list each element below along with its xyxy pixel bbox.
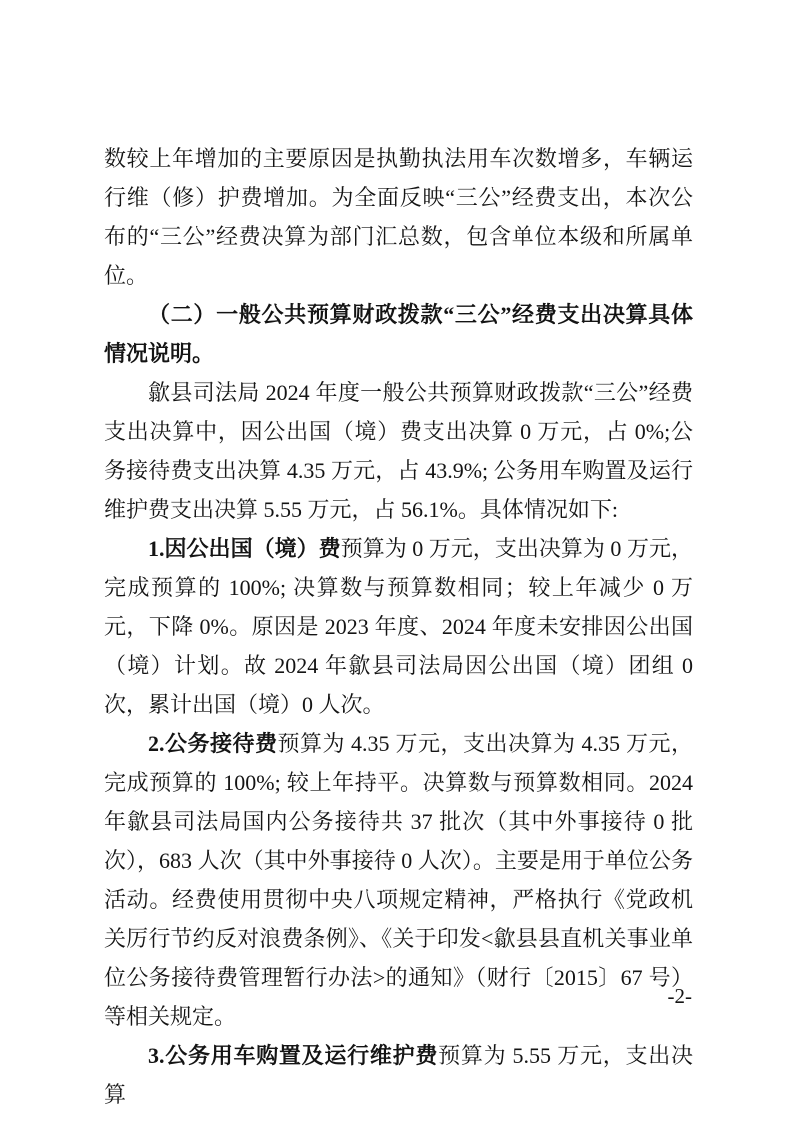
document-body: 数较上年增加的主要原因是执勤执法用车次数增多，车辆运行维（修）护费增加。为全面反… — [104, 139, 693, 1114]
paragraph-text: 歙县司法局 2024 年度一般公共预算财政拨款“三公”经费支出决算中，因公出国（… — [104, 380, 693, 522]
paragraph-text: 预算为 4.35 万元，支出决算为 4.35 万元，完成预算的 100%; 较上… — [104, 731, 693, 1029]
carryover-paragraph: 数较上年增加的主要原因是执勤执法用车次数增多，车辆运行维（修）护费增加。为全面反… — [104, 139, 693, 295]
item-1-abroad-expense: 1.因公出国（境）费预算为 0 万元，支出决算为 0 万元，完成预算的 100%… — [104, 529, 693, 724]
item-3-bold-lead: 3.公务用车购置及运行维护费 — [148, 1043, 438, 1068]
page-number: -2- — [668, 984, 693, 1008]
heading-text: （二）一般公共预算财政拨款“三公”经费支出决算具体情况说明。 — [104, 302, 693, 366]
item-2-reception-expense: 2.公务接待费预算为 4.35 万元，支出决算为 4.35 万元，完成预算的 1… — [104, 724, 693, 1036]
item-1-bold-lead: 1.因公出国（境）费 — [148, 536, 341, 561]
overview-paragraph: 歙县司法局 2024 年度一般公共预算财政拨款“三公”经费支出决算中，因公出国（… — [104, 373, 693, 529]
paragraph-text: 数较上年增加的主要原因是执勤执法用车次数增多，车辆运行维（修）护费增加。为全面反… — [104, 146, 693, 288]
item-3-vehicle-expense: 3.公务用车购置及运行维护费预算为 5.55 万元，支出决算 — [104, 1036, 693, 1114]
section-heading: （二）一般公共预算财政拨款“三公”经费支出决算具体情况说明。 — [104, 295, 693, 373]
item-2-bold-lead: 2.公务接待费 — [148, 731, 278, 756]
paragraph-text: 预算为 0 万元，支出决算为 0 万元，完成预算的 100%; 决算数与预算数相… — [104, 536, 693, 717]
